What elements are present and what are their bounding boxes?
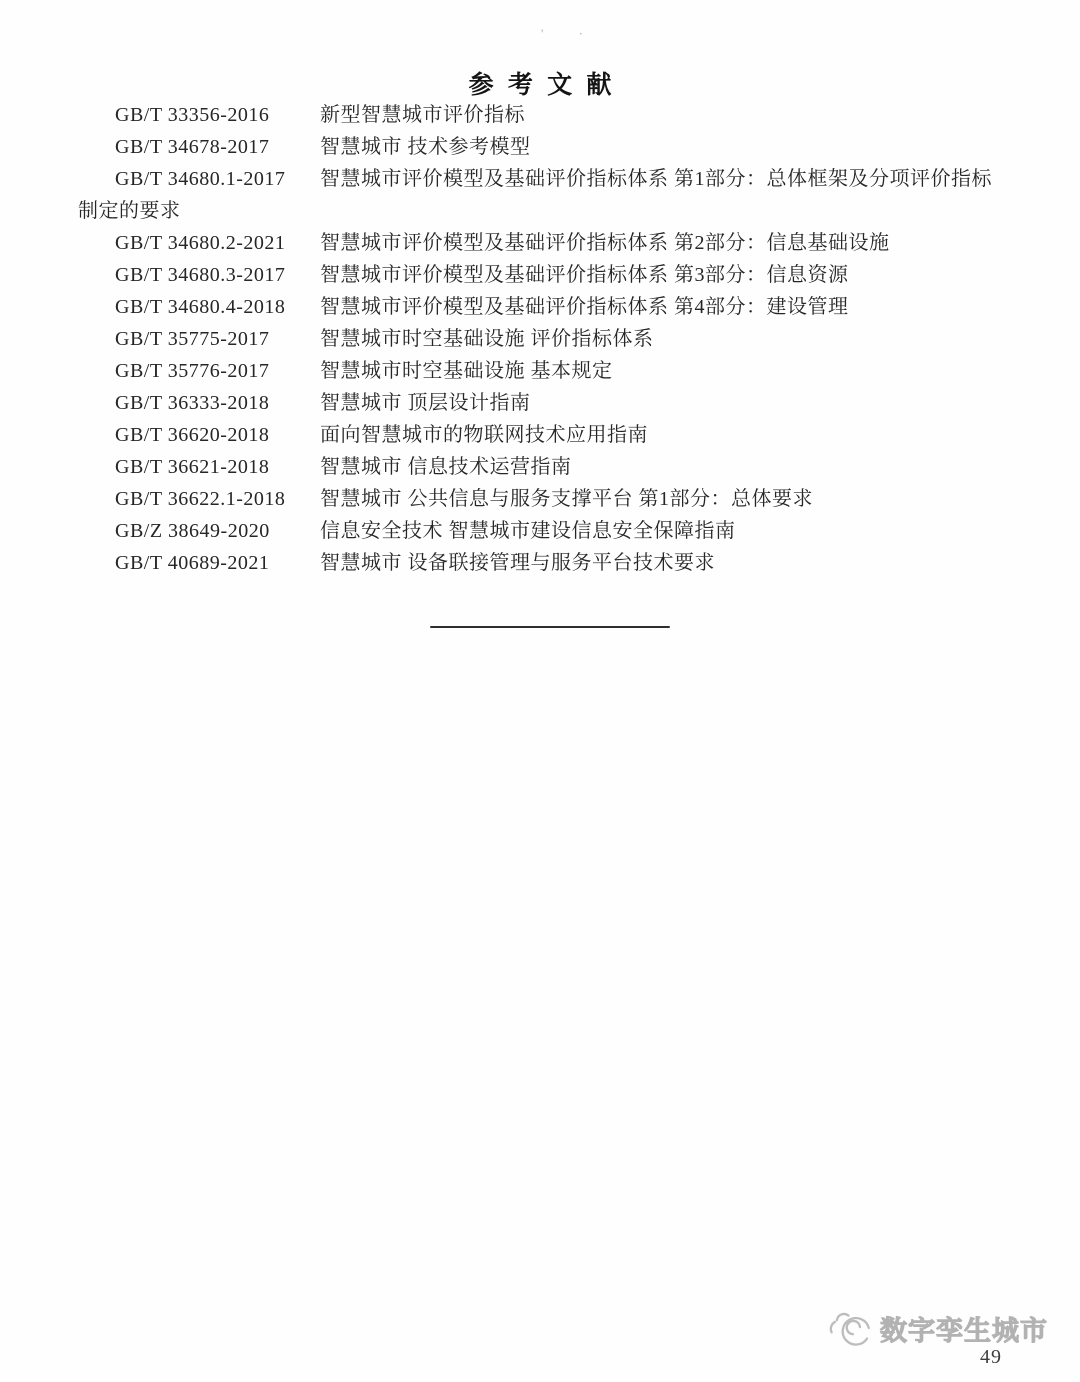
reference-title: 信息安全技术 智慧城市建设信息安全保障指南 [320, 520, 736, 542]
watermark-text: 数字孪生城市 [880, 1309, 1048, 1348]
scan-artifact-marks: ' · [541, 26, 599, 42]
end-of-document-rule [430, 626, 670, 628]
reference-title: 智慧城市 顶层设计指南 [320, 392, 531, 414]
reference-code: GB/T 40689-2021 [115, 547, 320, 579]
reference-item: GB/T 35775-2017智慧城市时空基础设施 评价指标体系 [0, 323, 1080, 355]
channel-watermark: 数字孪生城市 [829, 1308, 1048, 1348]
reference-code: GB/T 35775-2017 [115, 323, 320, 355]
reference-item: GB/Z 38649-2020信息安全技术 智慧城市建设信息安全保障指南 [0, 515, 1080, 547]
reference-item: GB/T 36621-2018智慧城市 信息技术运营指南 [0, 451, 1080, 483]
reference-code: GB/T 34680.4-2018 [115, 291, 320, 323]
reference-title: 智慧城市时空基础设施 评价指标体系 [320, 328, 654, 350]
reference-item: GB/T 34680.2-2021智慧城市评价模型及基础评价指标体系 第2部分：… [0, 227, 1080, 259]
reference-title: 智慧城市 公共信息与服务支撑平台 第1部分：总体要求 [320, 488, 813, 510]
reference-item: GB/T 36333-2018智慧城市 顶层设计指南 [0, 387, 1080, 419]
reference-title: 智慧城市时空基础设施 基本规定 [320, 360, 613, 382]
reference-code: GB/T 36333-2018 [115, 387, 320, 419]
reference-title: 智慧城市 设备联接管理与服务平台技术要求 [320, 552, 715, 574]
reference-title: 智慧城市 信息技术运营指南 [320, 456, 572, 478]
document-page: ' · 参 考 文 献 GB/T 33356-2016新型智慧城市评价指标GB/… [0, 0, 1080, 1382]
reference-title: 面向智慧城市的物联网技术应用指南 [320, 424, 648, 446]
reference-code: GB/Z 38649-2020 [115, 515, 320, 547]
reference-code: GB/T 33356-2016 [115, 99, 320, 131]
reference-title: 新型智慧城市评价指标 [320, 104, 525, 126]
reference-item: GB/T 34680.4-2018智慧城市评价模型及基础评价指标体系 第4部分：… [0, 291, 1080, 323]
reference-code: GB/T 34678-2017 [115, 131, 320, 163]
reference-item: GB/T 40689-2021智慧城市 设备联接管理与服务平台技术要求 [0, 547, 1080, 579]
reference-title: 智慧城市评价模型及基础评价指标体系 第3部分：信息资源 [320, 264, 849, 286]
reference-item: GB/T 35776-2017智慧城市时空基础设施 基本规定 [0, 355, 1080, 387]
reference-title: 智慧城市 技术参考模型 [320, 136, 531, 158]
reference-item: GB/T 36622.1-2018智慧城市 公共信息与服务支撑平台 第1部分：总… [0, 483, 1080, 515]
cloud-logo-icon [829, 1308, 875, 1348]
reference-title: 智慧城市评价模型及基础评价指标体系 第4部分：建设管理 [320, 296, 849, 318]
reference-title-continuation: 制定的要求 [0, 195, 1080, 227]
reference-item: GB/T 34680.3-2017智慧城市评价模型及基础评价指标体系 第3部分：… [0, 259, 1080, 291]
reference-item: GB/T 36620-2018面向智慧城市的物联网技术应用指南 [0, 419, 1080, 451]
reference-code: GB/T 36621-2018 [115, 451, 320, 483]
reference-title: 智慧城市评价模型及基础评价指标体系 第2部分：信息基础设施 [320, 232, 890, 254]
page-number: 49 [980, 1346, 1002, 1369]
reference-list: GB/T 33356-2016新型智慧城市评价指标GB/T 34678-2017… [0, 99, 1080, 579]
reference-code: GB/T 34680.3-2017 [115, 259, 320, 291]
reference-code: GB/T 36622.1-2018 [115, 483, 320, 515]
reference-code: GB/T 36620-2018 [115, 419, 320, 451]
page-title: 参 考 文 献 [0, 65, 1080, 101]
reference-item: GB/T 34678-2017智慧城市 技术参考模型 [0, 131, 1080, 163]
reference-title: 智慧城市评价模型及基础评价指标体系 第1部分：总体框架及分项评价指标 [320, 168, 992, 190]
reference-code: GB/T 34680.1-2017 [115, 163, 320, 195]
reference-item: GB/T 34680.1-2017智慧城市评价模型及基础评价指标体系 第1部分：… [0, 163, 1080, 195]
reference-item: GB/T 33356-2016新型智慧城市评价指标 [0, 99, 1080, 131]
reference-code: GB/T 34680.2-2021 [115, 227, 320, 259]
reference-code: GB/T 35776-2017 [115, 355, 320, 387]
